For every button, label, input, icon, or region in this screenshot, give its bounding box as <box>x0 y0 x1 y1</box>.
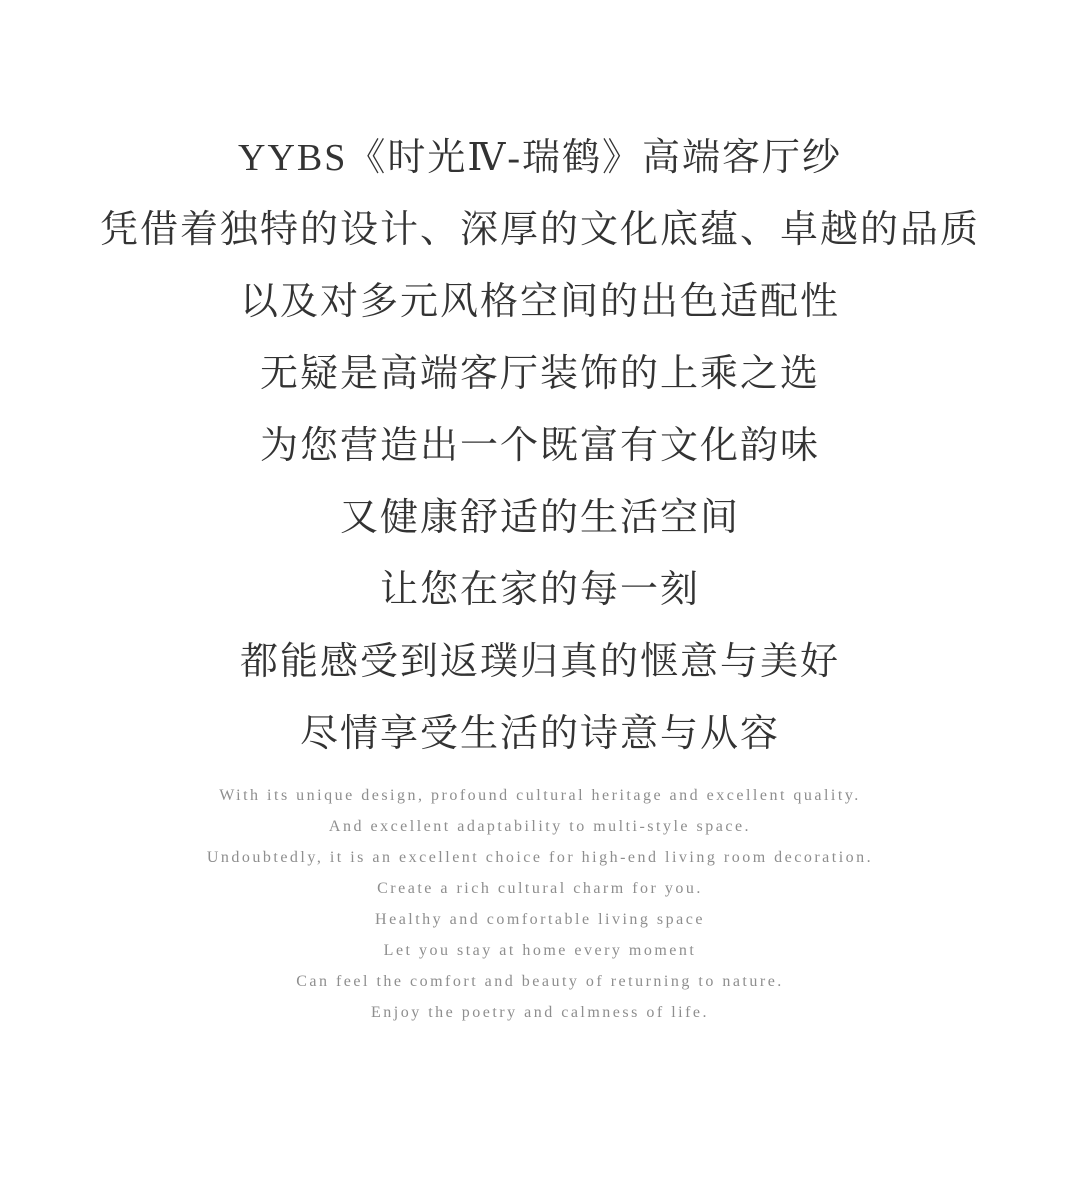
en-line: And excellent adaptability to multi-styl… <box>0 811 1080 842</box>
chinese-copy-block: YYBS《时光Ⅳ-瑞鹤》高端客厅纱 凭借着独特的设计、深厚的文化底蕴、卓越的品质… <box>0 122 1080 770</box>
cn-line: 以及对多元风格空间的出色适配性 <box>0 266 1080 338</box>
english-copy-block: With its unique design, profound cultura… <box>0 770 1080 1028</box>
en-line: Undoubtedly, it is an excellent choice f… <box>0 842 1080 873</box>
cn-line: 无疑是高端客厅装饰的上乘之选 <box>0 338 1080 410</box>
en-line: Can feel the comfort and beauty of retur… <box>0 966 1080 997</box>
en-line: Create a rich cultural charm for you. <box>0 873 1080 904</box>
en-line: Healthy and comfortable living space <box>0 904 1080 935</box>
cn-line: 凭借着独特的设计、深厚的文化底蕴、卓越的品质 <box>0 194 1080 266</box>
en-line: With its unique design, profound cultura… <box>0 780 1080 811</box>
cn-line: 为您营造出一个既富有文化韵味 <box>0 410 1080 482</box>
en-line: Enjoy the poetry and calmness of life. <box>0 997 1080 1028</box>
page: { "page": { "background_color": "#ffffff… <box>0 0 1080 1184</box>
product-title: YYBS《时光Ⅳ-瑞鹤》高端客厅纱 <box>0 122 1080 194</box>
cn-line: 尽情享受生活的诗意与从容 <box>0 698 1080 770</box>
product-copy-poster: YYBS《时光Ⅳ-瑞鹤》高端客厅纱 凭借着独特的设计、深厚的文化底蕴、卓越的品质… <box>0 0 1080 1028</box>
cn-line: 都能感受到返璞归真的惬意与美好 <box>0 626 1080 698</box>
en-line: Let you stay at home every moment <box>0 935 1080 966</box>
cn-line: 又健康舒适的生活空间 <box>0 482 1080 554</box>
cn-line: 让您在家的每一刻 <box>0 554 1080 626</box>
